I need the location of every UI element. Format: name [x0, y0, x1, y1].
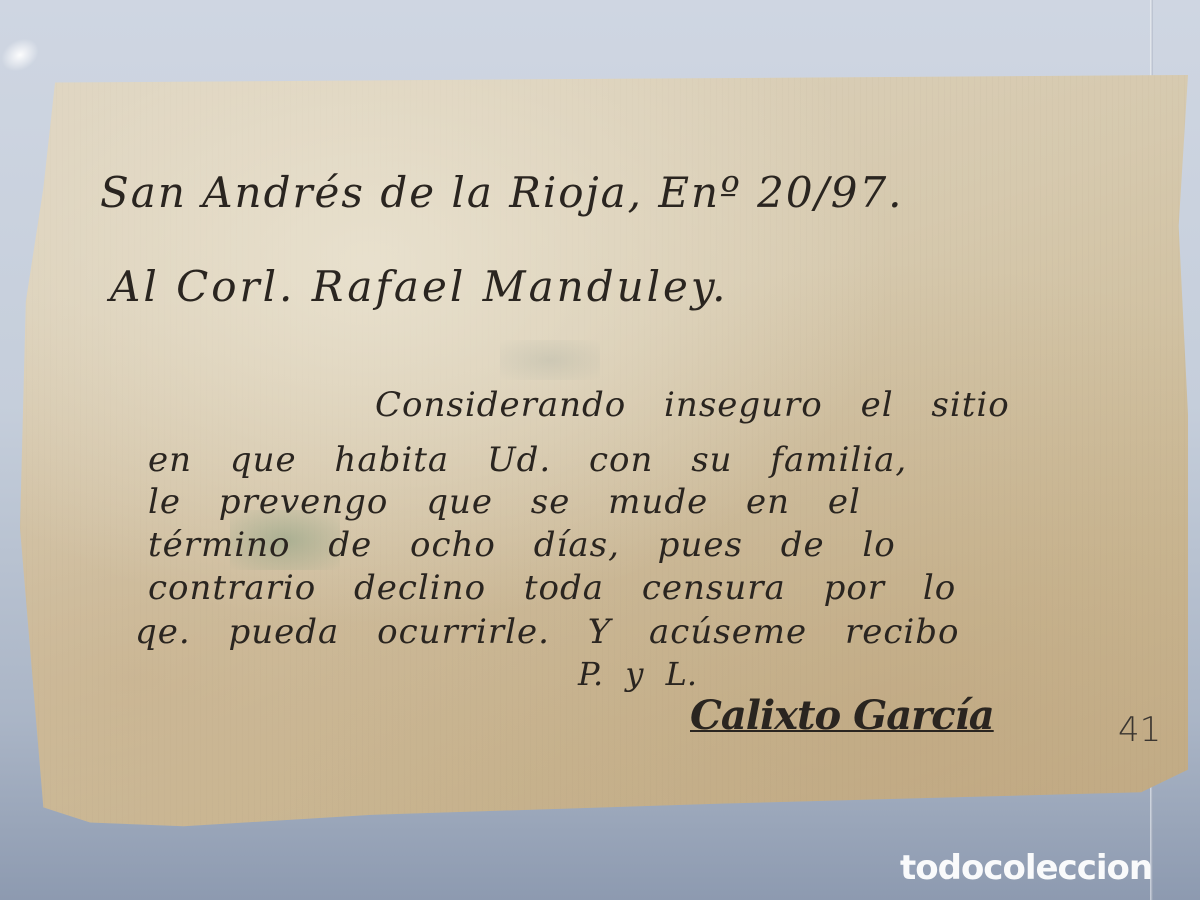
body-line-5: contrario declino toda censura por lo — [148, 568, 956, 608]
body-line-6: qe. pueda ocurrirle. Y acúseme recibo — [135, 612, 960, 652]
body-line-1: Considerando inseguro el sitio — [375, 385, 1010, 425]
folio-number: 41 — [1118, 710, 1161, 750]
addressee-line: Al Corl. Rafael Manduley. — [110, 262, 728, 311]
place-date-line: San Andrés de la Rioja, Enº 20/97. — [100, 168, 904, 217]
body-line-2: en que habita Ud. con su familia, — [148, 440, 907, 480]
closing-salutation: P. y L. — [578, 655, 697, 693]
paper-stain — [500, 340, 600, 380]
signature: Calixto García — [690, 692, 994, 739]
body-line-4: término de ocho días, pues de lo — [148, 525, 896, 565]
light-glare — [0, 32, 45, 78]
watermark-logo: todocoleccion — [900, 848, 1152, 888]
body-line-3: le prevengo que se mude en el — [148, 482, 861, 522]
